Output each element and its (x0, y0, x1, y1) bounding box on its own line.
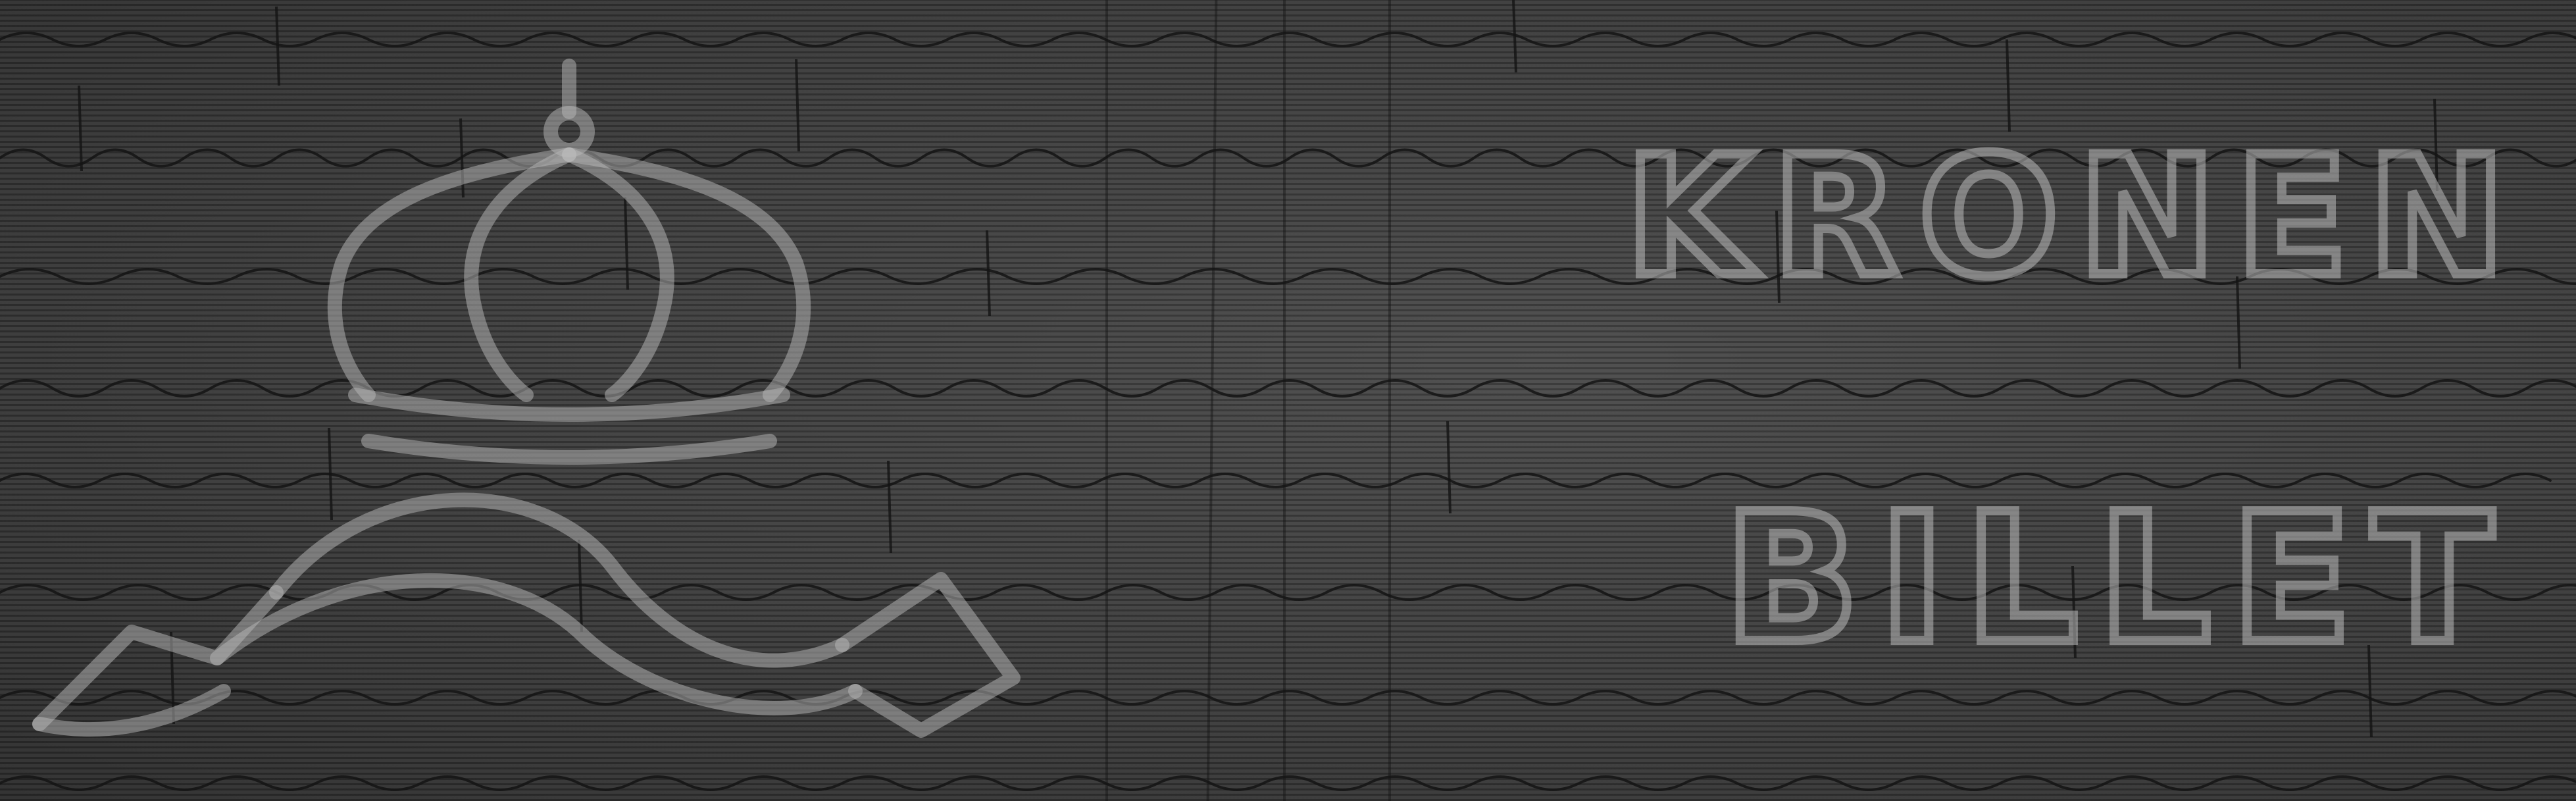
watermark-text-kronen: KRONEN (1625, 135, 2525, 299)
paper-scan: KRONEN BILLET (0, 0, 2576, 801)
watermark-text-billet: BILLET (1724, 490, 2513, 668)
